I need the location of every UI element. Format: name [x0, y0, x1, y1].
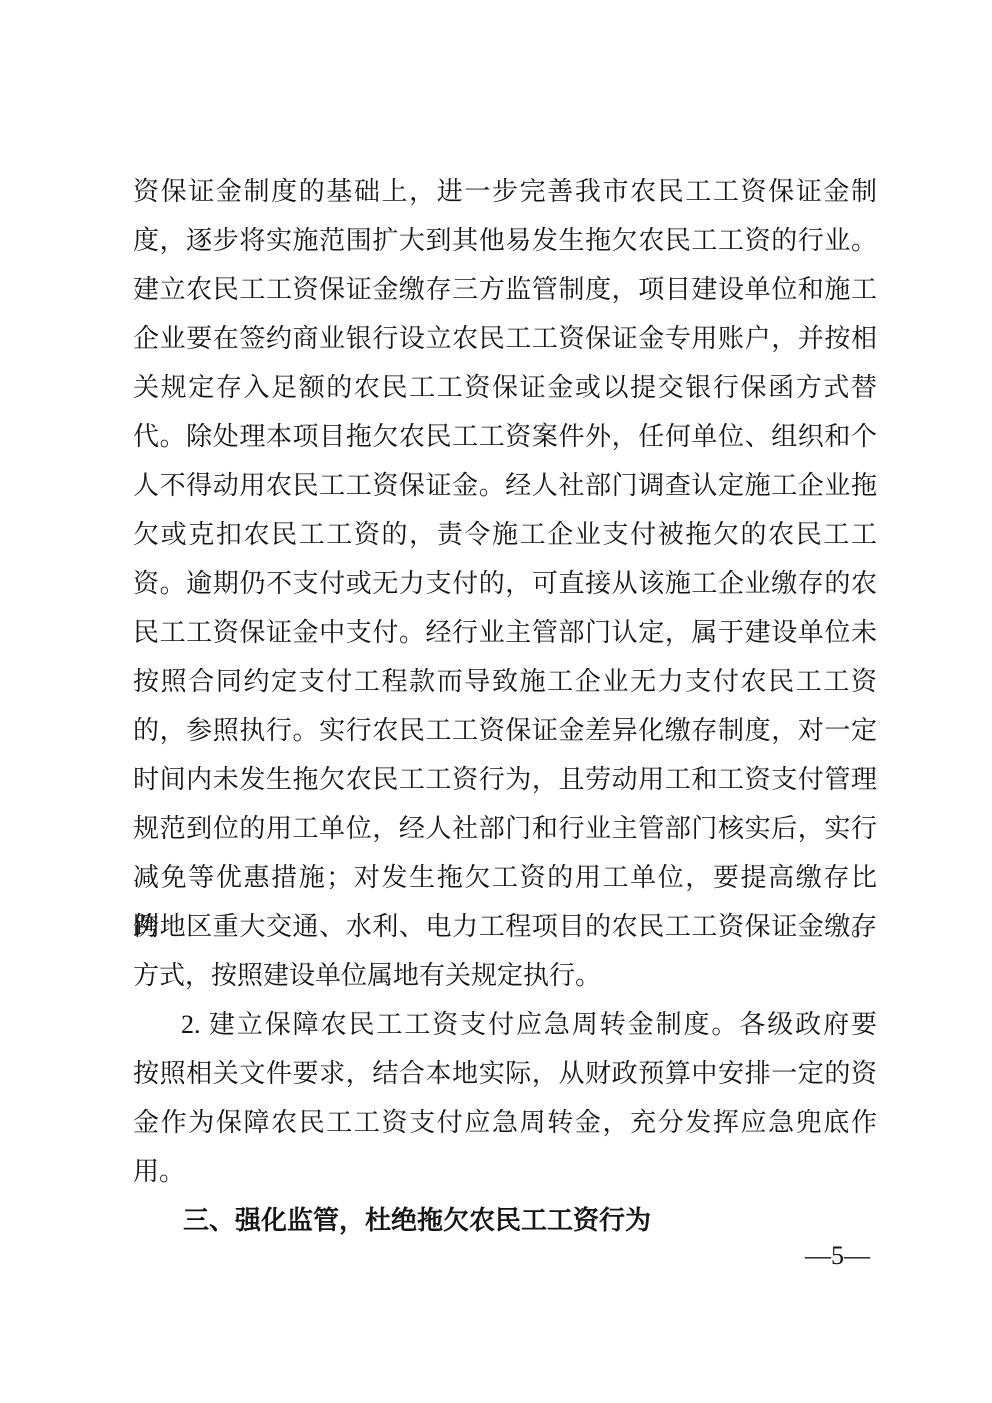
document-page: 资保证金制度的基础上，进一步完善我市农民工工资保证金制 度，逐步将实施范围扩大到… — [0, 0, 992, 1403]
text-line: 民工工资保证金中支付。经行业主管部门认定，属于建设单位未 — [133, 608, 877, 657]
text-line: 人不得动用农民工工资保证金。经人社部门调查认定施工企业拖 — [133, 461, 877, 510]
text-line: 金作为保障农民工工资支付应急周转金，充分发挥应急兜底作 — [133, 1098, 877, 1147]
text-line: 企业要在签约商业银行设立农民工工资保证金专用账户，并按相 — [133, 314, 877, 363]
text-line: 规范到位的用工单位，经人社部门和行业主管部门核实后，实行 — [133, 804, 877, 853]
text-line: 按照相关文件要求，结合本地实际，从财政预算中安排一定的资 — [133, 1049, 877, 1098]
text-line: 用。 — [133, 1147, 877, 1196]
text-line: 关规定存入足额的农民工工资保证金或以提交银行保函方式替 — [133, 363, 877, 412]
page-number: —5— — [805, 1240, 870, 1272]
text-line: 代。除处理本项目拖欠农民工工资案件外，任何单位、组织和个 — [133, 412, 877, 461]
text-line: 度，逐步将实施范围扩大到其他易发生拖欠农民工工资的行业。 — [133, 216, 877, 265]
text-line: 方式，按照建设单位属地有关规定执行。 — [133, 951, 877, 1000]
section-heading: 三、强化监管，杜绝拖欠农民工工资行为 — [133, 1196, 877, 1245]
text-line: 欠或克扣农民工工资的，责令施工企业支付被拖欠的农民工工 — [133, 510, 877, 559]
document-body: 资保证金制度的基础上，进一步完善我市农民工工资保证金制 度，逐步将实施范围扩大到… — [133, 167, 877, 1245]
text-line: 跨地区重大交通、水利、电力工程项目的农民工工资保证金缴存 — [133, 902, 877, 951]
text-line-paragraph-start: 2. 建立保障农民工工资支付应急周转金制度。各级政府要 — [133, 1000, 877, 1049]
text-line: 减免等优惠措施；对发生拖欠工资的用工单位，要提高缴存比例。 — [133, 853, 877, 902]
text-line: 建立农民工工资保证金缴存三方监管制度，项目建设单位和施工 — [133, 265, 877, 314]
text-line: 按照合同约定支付工程款而导致施工企业无力支付农民工工资 — [133, 657, 877, 706]
text-line: 资。逾期仍不支付或无力支付的，可直接从该施工企业缴存的农 — [133, 559, 877, 608]
text-line: 资保证金制度的基础上，进一步完善我市农民工工资保证金制 — [133, 167, 877, 216]
text-line: 的，参照执行。实行农民工工资保证金差异化缴存制度，对一定 — [133, 706, 877, 755]
text-line: 时间内未发生拖欠农民工工资行为，且劳动用工和工资支付管理 — [133, 755, 877, 804]
